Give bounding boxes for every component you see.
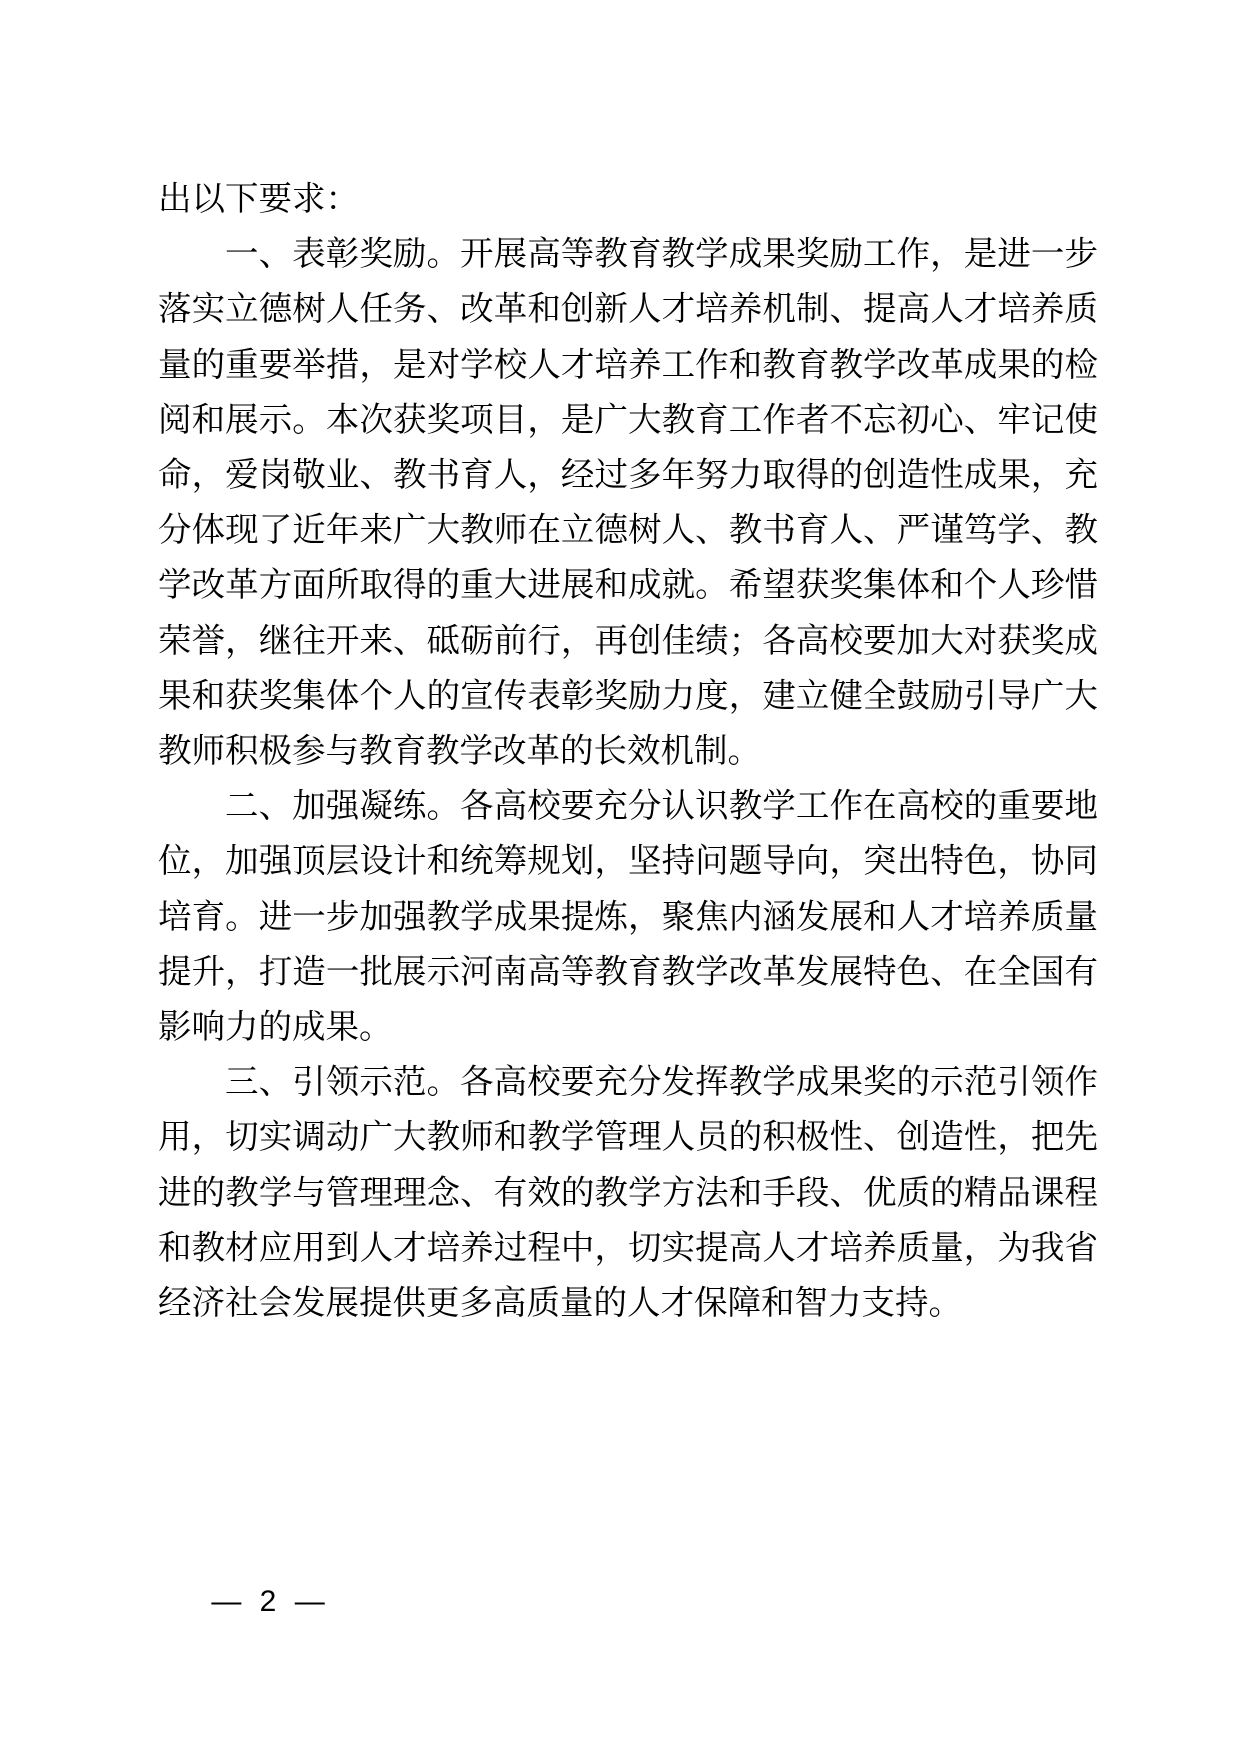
paragraph-1-commendation: 一、表彰奖励。开展高等教育教学成果奖励工作，是进一步落实立德树人任务、改革和创新…	[158, 227, 1098, 779]
document-body: 出以下要求： 一、表彰奖励。开展高等教育教学成果奖励工作，是进一步落实立德树人任…	[158, 172, 1098, 1331]
continuation-line: 出以下要求：	[158, 172, 1098, 227]
paragraph-3-demonstration: 三、引领示范。各高校要充分发挥教学成果奖的示范引领作用，切实调动广大教师和教学管…	[158, 1055, 1098, 1331]
page-footer: — 2 —	[158, 1542, 330, 1662]
document-page: 出以下要求： 一、表彰奖励。开展高等教育教学成果奖励工作，是进一步落实立德树人任…	[0, 0, 1240, 1754]
paragraph-2-refinement: 二、加强凝练。各高校要充分认识教学工作在高校的重要地位，加强顶层设计和统筹规划，…	[158, 779, 1098, 1055]
page-number: — 2 —	[211, 1585, 329, 1618]
